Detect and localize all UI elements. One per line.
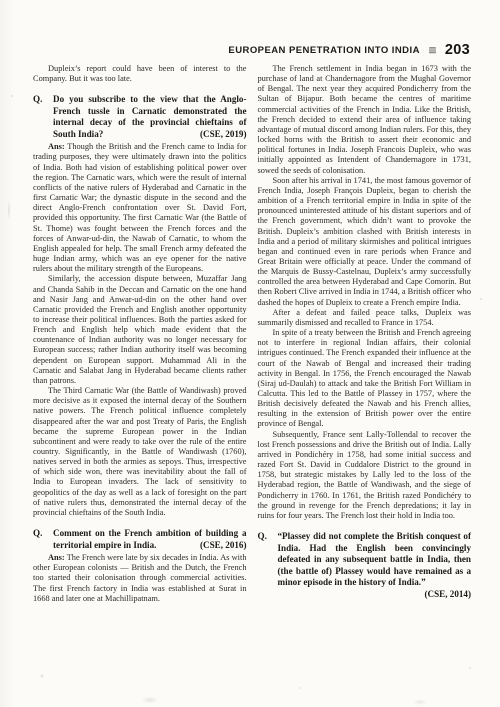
column-right: The French settlement in India began in … [258, 64, 472, 604]
paragraph: Soon after his arrival in 1741, the most… [258, 176, 472, 308]
chapter-title: EUROPEAN PENETRATION INTO INDIA [228, 45, 419, 56]
answer-paragraph: Ans: The French were late by six decades… [33, 553, 247, 604]
question-block: Q.Do you subscribe to the view that the … [33, 94, 247, 140]
answer-label: Ans: [48, 553, 65, 562]
question-label: Q. [33, 528, 53, 551]
paragraph: After a defeat and failed peace talks, D… [258, 308, 472, 328]
question-source: (CSE, 2019) [194, 129, 246, 141]
question-body: “Plassey did not complete the British co… [278, 531, 472, 600]
question-label: Q. [258, 531, 278, 600]
paragraph: Dupleix’s report could have been of inte… [33, 64, 247, 84]
answer-paragraph: Ans: Though the British and the French c… [33, 142, 247, 274]
question-label: Q. [33, 94, 53, 140]
page-number: 203 [445, 42, 470, 58]
text-columns: Dupleix’s report could have been of inte… [33, 64, 471, 604]
paragraph: Similarly, the accession dispute between… [33, 274, 247, 386]
answer-label: Ans: [48, 142, 65, 151]
question-source: (CSE, 2016) [194, 540, 246, 552]
paragraph: Subsequently, France sent Lally-Tollenda… [258, 430, 472, 521]
question-source: (CSE, 2014) [419, 589, 471, 601]
question-body: Comment on the French ambition of buildi… [53, 528, 247, 551]
question-block: Q.Comment on the French ambition of buil… [33, 528, 247, 551]
paragraph: In spite of a treaty between the British… [258, 328, 472, 430]
page: EUROPEAN PENETRATION INTO INDIA 203 Dupl… [0, 0, 500, 707]
page-header: EUROPEAN PENETRATION INTO INDIA 203 [228, 42, 470, 58]
paragraph: The Third Carnatic War (the Battle of Wa… [33, 386, 247, 518]
question-text: “Plassey did not complete the British co… [278, 531, 472, 587]
column-left: Dupleix’s report could have been of inte… [33, 64, 247, 604]
grid-square-icon [429, 47, 436, 54]
question-body: Do you subscribe to the view that the An… [53, 94, 247, 140]
paragraph: The French settlement in India began in … [258, 64, 472, 176]
question-block: Q.“Plassey did not complete the British … [258, 531, 472, 600]
